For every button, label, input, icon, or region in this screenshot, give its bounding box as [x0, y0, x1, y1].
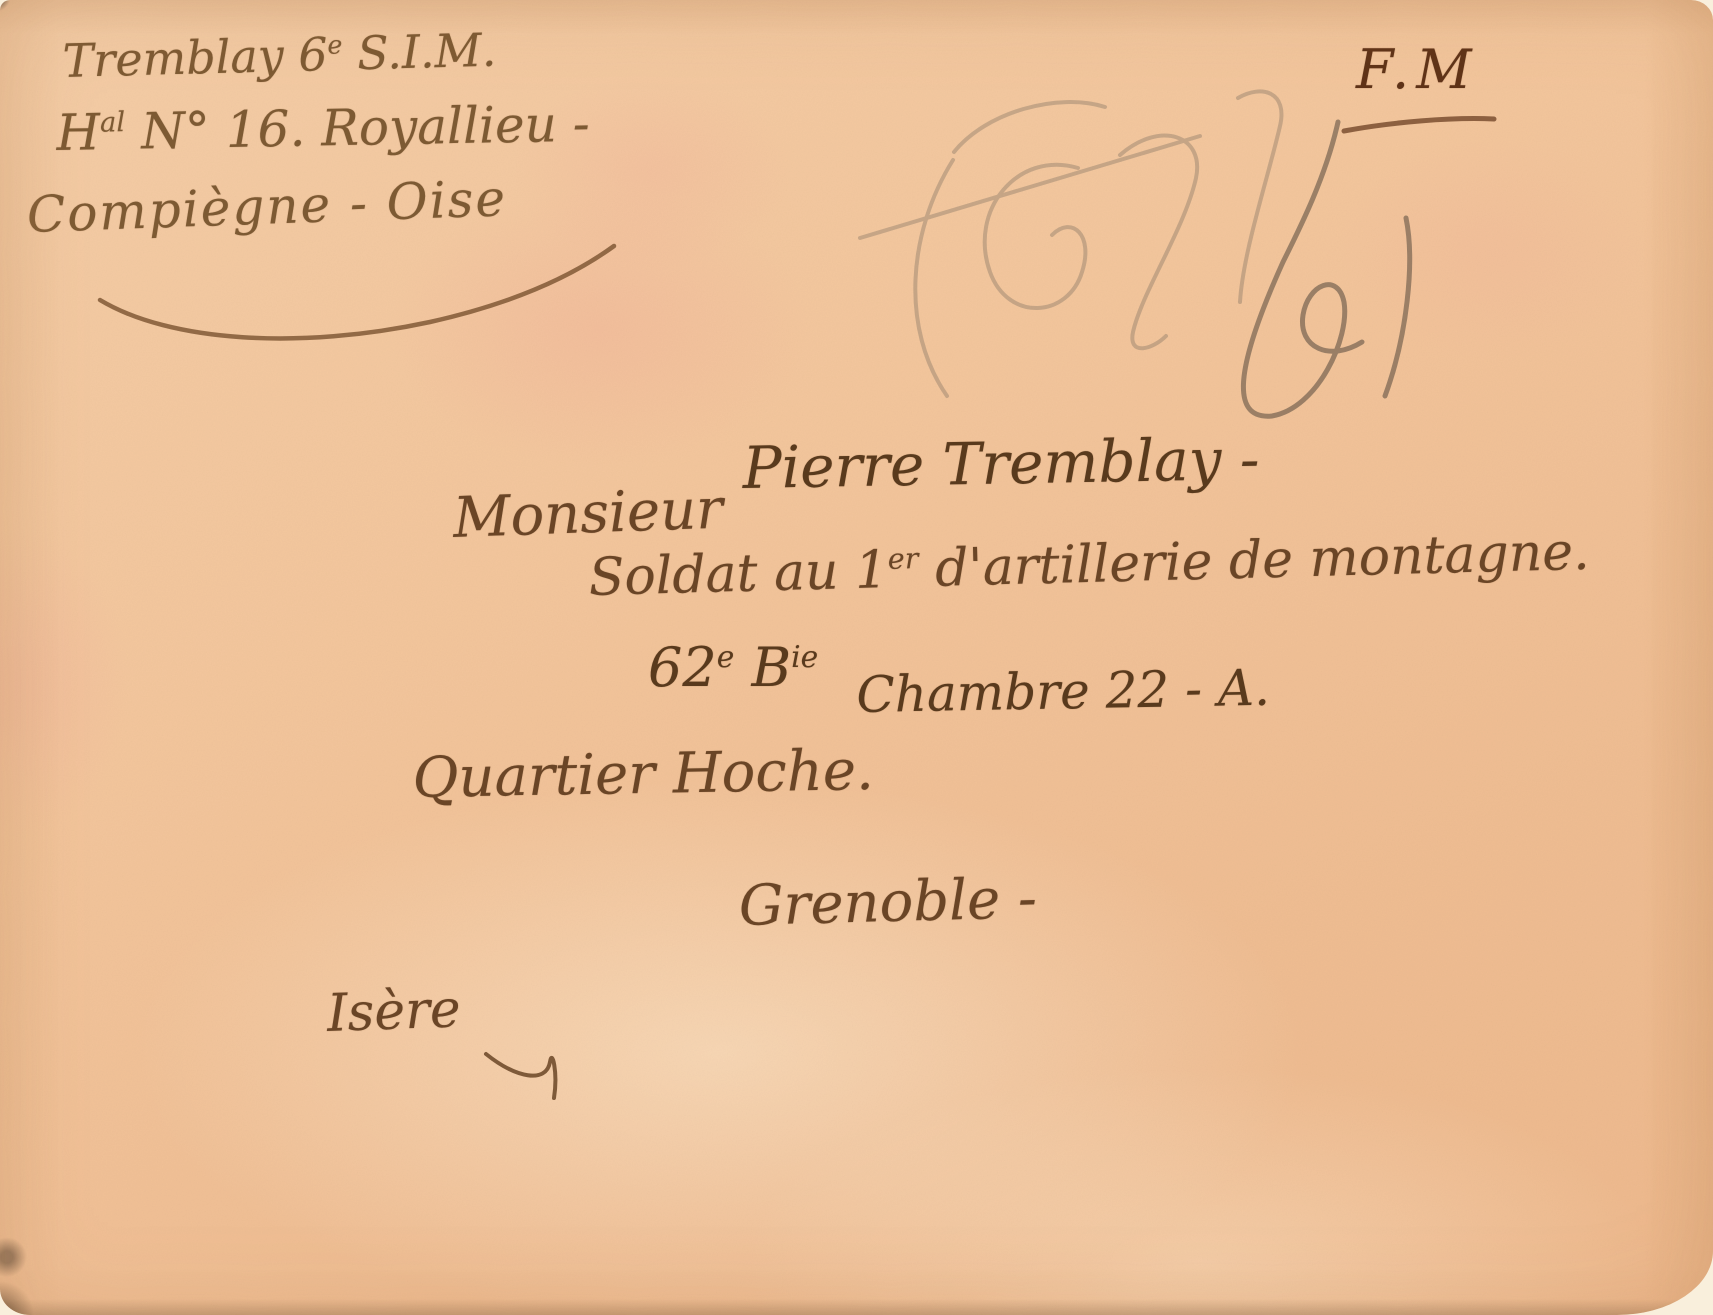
- sender-city-line: Compiègne - Oise: [26, 169, 508, 244]
- franchise-militaire-mark: F.M: [1356, 38, 1479, 101]
- battery-abbrev: B: [734, 636, 791, 699]
- sender-unit-text: S.I.M.: [342, 23, 497, 81]
- quarter-line: Quartier Hoche.: [412, 738, 874, 811]
- recipient-unit-line: Soldat au 1er d'artillerie de montagne.: [588, 522, 1590, 608]
- hospital-abbrev: H: [56, 103, 101, 162]
- pencil-scribble-light: [860, 91, 1281, 396]
- unit-rest-text: d'artillerie de montagne.: [918, 522, 1590, 600]
- battery-abbrev-superscript: ie: [791, 640, 818, 675]
- city-line: Grenoble -: [738, 866, 1038, 939]
- room-line: Chambre 22 - A.: [856, 659, 1270, 724]
- recipient-salutation: Monsieur: [452, 477, 724, 551]
- hospital-number-text: N° 16. Royallieu -: [125, 95, 590, 161]
- recipient-name: Pierre Tremblay -: [742, 425, 1260, 502]
- sender-underline-flourish: [100, 246, 614, 338]
- department-line: Isère: [326, 979, 462, 1044]
- hospital-abbrev-superscript: al: [100, 106, 126, 138]
- battery-line: 62e Bie: [648, 636, 818, 699]
- unit-superscript: er: [887, 541, 918, 576]
- sender-name-text: Tremblay 6: [62, 27, 328, 88]
- unit-text: Soldat au 1: [588, 540, 889, 608]
- pencil-number-mark: [1243, 122, 1409, 416]
- battery-number-superscript: e: [717, 640, 735, 675]
- sender-name-line: Tremblay 6e S.I.M.: [62, 23, 497, 88]
- sender-name-superscript: e: [327, 30, 343, 59]
- battery-number: 62: [648, 636, 717, 699]
- isere-tail-flourish: [486, 1054, 555, 1098]
- fm-underline: [1344, 119, 1494, 131]
- sender-hospital-line: Hal N° 16. Royallieu -: [56, 95, 590, 162]
- envelope-front: Tremblay 6e S.I.M. Hal N° 16. Royallieu …: [0, 0, 1713, 1315]
